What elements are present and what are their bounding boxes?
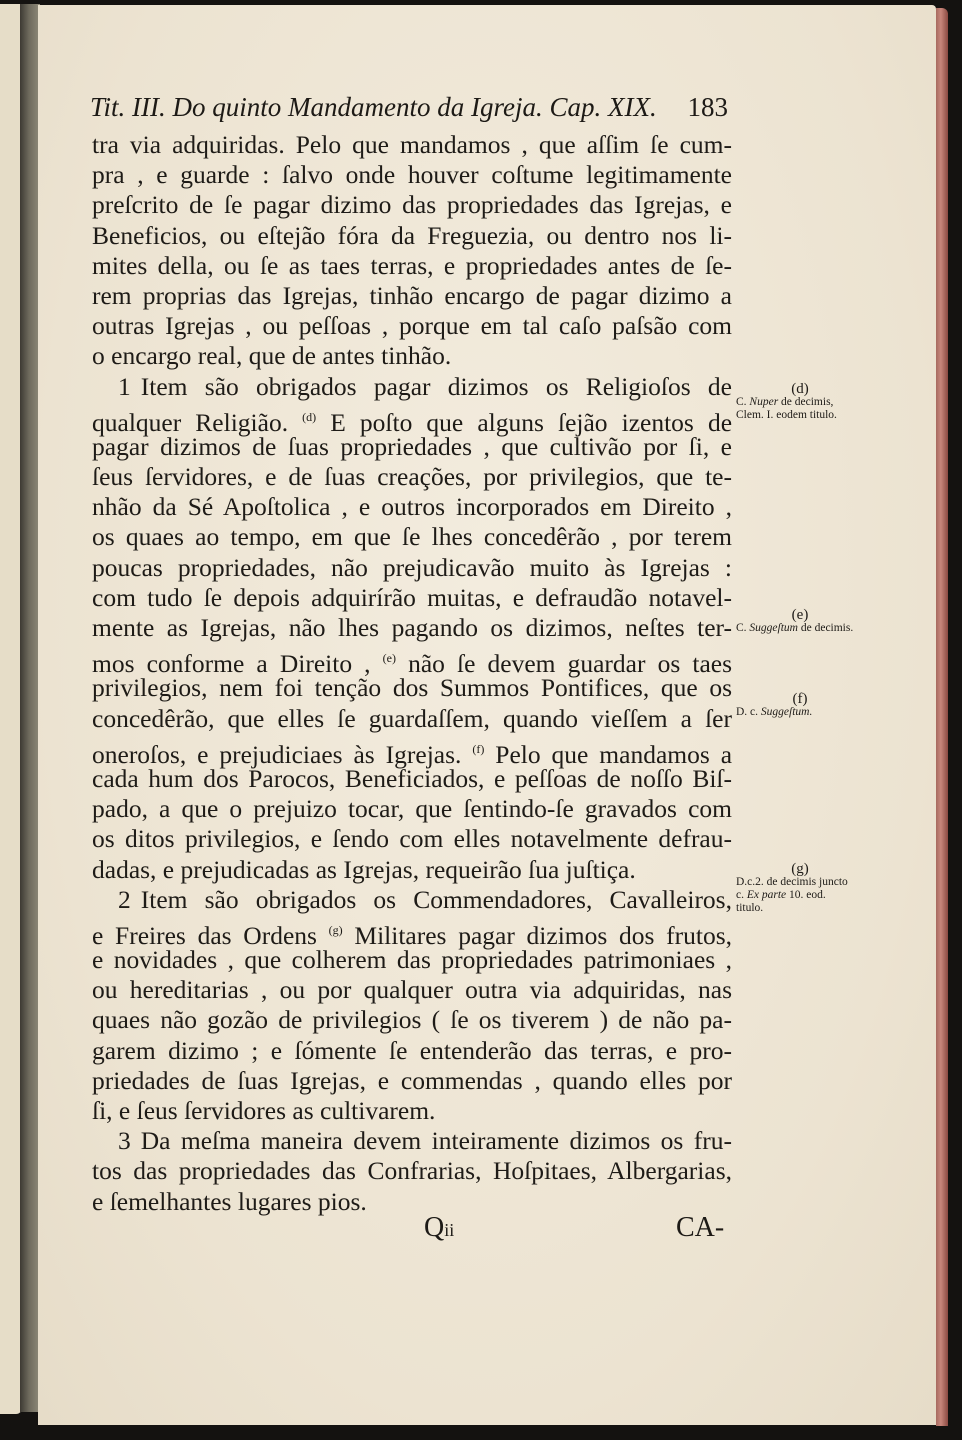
text-line: mente as Igrejas, não lhes pagando os di… bbox=[92, 613, 732, 643]
text-line: ſeus ſervidores, e de ſuas creações, por… bbox=[92, 462, 732, 492]
text-line: mites della, ou ſe as taes terras, e pro… bbox=[92, 251, 732, 281]
signature-mark: Qii bbox=[424, 1212, 454, 1244]
footnote-ref-f: (f) bbox=[472, 742, 484, 756]
catchword: CA- bbox=[676, 1212, 724, 1244]
paragraph-number: 2 bbox=[118, 885, 131, 914]
text-line: cada hum dos Parocos, Beneficiados, e pe… bbox=[92, 764, 732, 794]
paragraph-3-start: 3Da meſma maneira devem inteiramente diz… bbox=[92, 1126, 732, 1156]
text-line: qualquer Religião. (d) E poſto que algun… bbox=[92, 402, 732, 432]
text-line: Beneficios, ou eſtejão fóra da Freguezia… bbox=[92, 221, 732, 251]
text-line: ſi, e ſeus ſervidores as cultivarem. bbox=[92, 1096, 732, 1126]
body-text: tra via adquiridas. Pelo que mandamos , … bbox=[92, 130, 732, 1217]
page-number: 183 bbox=[688, 92, 729, 123]
text-line: pado, a que o prejuizo tocar, que ſentin… bbox=[92, 794, 732, 824]
text-line: com tudo ſe depois adquirírão muitas, e … bbox=[92, 583, 732, 613]
text-line: quaes não gozão de privilegios ( ſe os t… bbox=[92, 1005, 732, 1035]
text-line: tos das propriedades das Confrarias, Hoſ… bbox=[92, 1156, 732, 1186]
running-head: Tit. III. Do quinto Mandamento da Igreja… bbox=[90, 92, 740, 126]
text-line: dadas, e prejudicadas as Igrejas, requei… bbox=[92, 855, 732, 885]
text-line: privilegios, nem foi tenção dos Summos P… bbox=[92, 673, 732, 703]
paragraph-1-start: 1Item são obrigados pagar dizimos os Rel… bbox=[92, 372, 732, 402]
book-gutter bbox=[20, 4, 40, 1412]
text-line: pra , e guarde : ſalvo onde houver coſtu… bbox=[92, 160, 732, 190]
text-line: pagar dizimos de ſuas propriedades , que… bbox=[92, 432, 732, 462]
text-line: os quaes ao tempo, em que ſe lhes conced… bbox=[92, 522, 732, 552]
text-line: os ditos privilegios, e ſendo com elles … bbox=[92, 824, 732, 854]
margin-note-f: (f) D. c. Suggeſtum. bbox=[736, 692, 854, 719]
margin-note-d: (d) C. Nuper de decimis, Clem. I. eodem … bbox=[736, 382, 854, 422]
text-line: oneroſos, e prejudiciaes às Igrejas. (f)… bbox=[92, 734, 732, 764]
text-line: e Freires das Ordens (g) Militares pagar… bbox=[92, 915, 732, 945]
margin-note-g: (g) D.c.2. de decimis juncto c. Ex parte… bbox=[736, 862, 854, 915]
text-line: tra via adquiridas. Pelo que mandamos , … bbox=[92, 130, 732, 160]
footnote-ref-d: (d) bbox=[302, 410, 316, 424]
margin-note-e: (e) C. Suggeſtum de decimis. bbox=[736, 608, 854, 635]
text-line: preſcrito de ſe pagar dizimo das proprie… bbox=[92, 190, 732, 220]
paragraph-2-start: 2Item são obrigados os Commendadores, Ca… bbox=[92, 885, 732, 915]
text-line: e novidades , que colherem das proprieda… bbox=[92, 945, 732, 975]
text-line: o encargo real, que de antes tinhão. bbox=[92, 341, 732, 371]
text-line: nhão da Sé Apoſtolica , e outros incorpo… bbox=[92, 492, 732, 522]
text-line: concedêrão, que elles ſe guardaſſem, qua… bbox=[92, 704, 732, 734]
paragraph-number: 1 bbox=[118, 372, 131, 401]
footnote-ref-g: (g) bbox=[329, 923, 343, 937]
paragraph-number: 3 bbox=[118, 1126, 131, 1155]
facing-page-edge bbox=[0, 4, 22, 1414]
running-head-title: Tit. III. Do quinto Mandamento da Igreja… bbox=[90, 92, 657, 122]
page-footer: Qii CA- bbox=[0, 1212, 962, 1252]
text-line: rem proprias das Igrejas, tinhão encargo… bbox=[92, 281, 732, 311]
footnote-ref-e: (e) bbox=[383, 651, 396, 665]
text-line: mos conforme a Direito , (e) não ſe deve… bbox=[92, 643, 732, 673]
text-line: poucas propriedades, não prejudicavão mu… bbox=[92, 553, 732, 583]
text-line: outras Igrejas , ou peſſoas , porque em … bbox=[92, 311, 732, 341]
text-line: priedades de ſuas Igrejas, e commendas ,… bbox=[92, 1066, 732, 1096]
text-line: garem dizimo ; e ſómente ſe entenderão d… bbox=[92, 1036, 732, 1066]
text-line: ou hereditarias , ou por qualquer outra … bbox=[92, 975, 732, 1005]
